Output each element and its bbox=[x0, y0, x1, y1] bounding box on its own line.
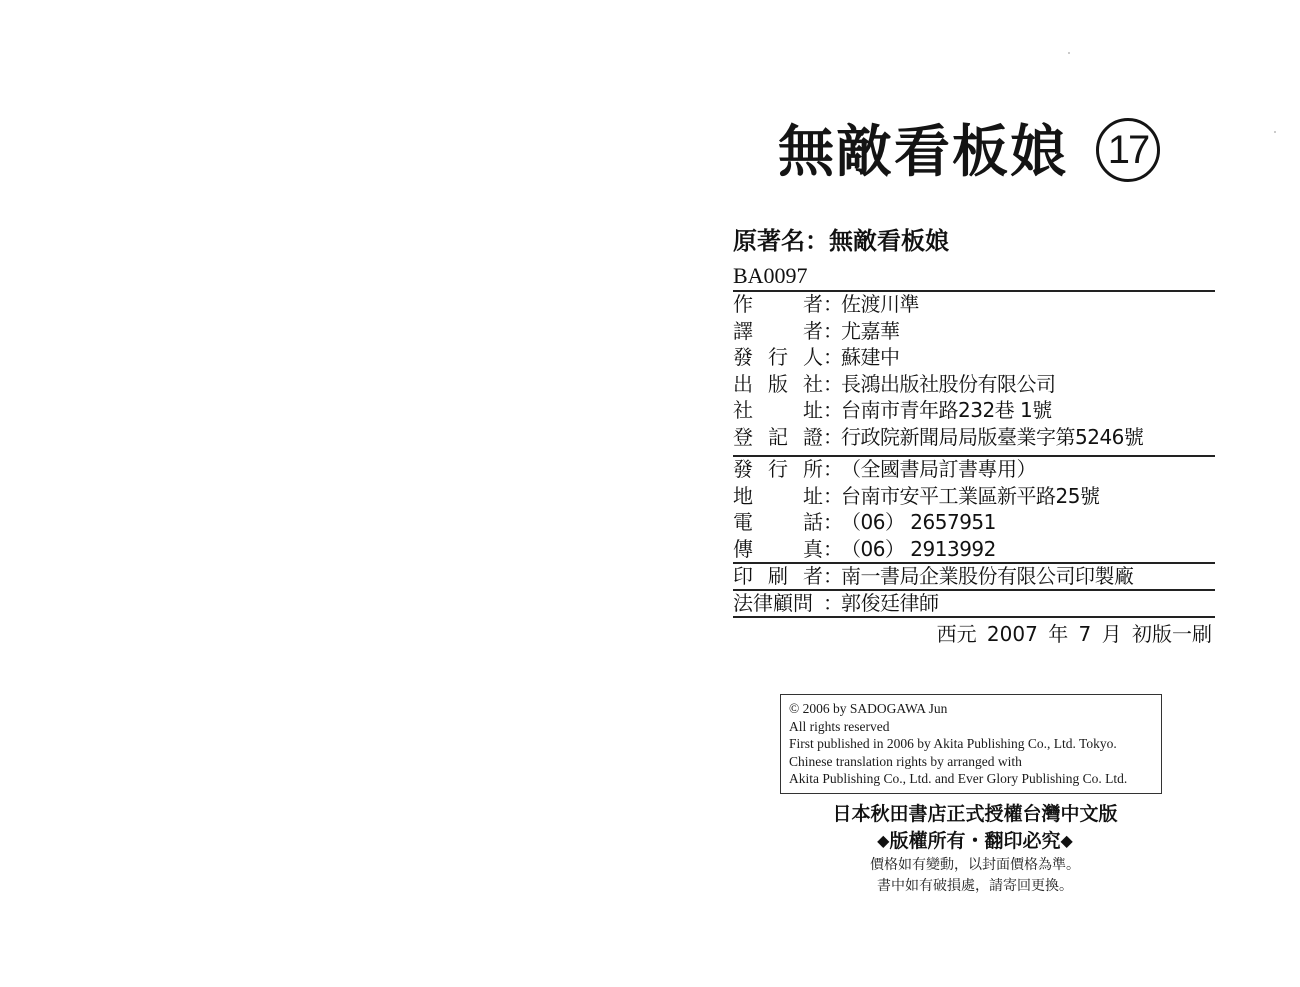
distribution-info-list: 發行所：（全國書局訂書專用）地址：台南市安平工業區新平路25號電話：（06） 2… bbox=[733, 456, 1215, 562]
info-row: 傳真：（06） 2913992 bbox=[733, 536, 1215, 563]
info-label-char: 話 bbox=[803, 509, 823, 536]
copyright-line: Chinese translation rights by arranged w… bbox=[789, 753, 1161, 771]
info-label: 發行所 bbox=[733, 456, 823, 483]
info-value: （全國書局訂書專用） bbox=[841, 456, 1215, 483]
info-label-char: 作 bbox=[733, 291, 753, 318]
info-label-char: 地 bbox=[733, 483, 753, 510]
info-row: 出版社：長鴻出版社股份有限公司 bbox=[733, 371, 1215, 398]
info-label-char: 真 bbox=[803, 536, 823, 563]
info-colon: ： bbox=[823, 509, 841, 536]
info-label-char: 址 bbox=[803, 483, 823, 510]
info-label-char: 行 bbox=[768, 456, 788, 483]
copyright-line: First published in 2006 by Akita Publish… bbox=[789, 735, 1161, 753]
info-label-char: 社 bbox=[803, 371, 823, 398]
info-label: 發行人 bbox=[733, 344, 823, 371]
info-label-char: 出 bbox=[733, 371, 753, 398]
info-value: 長鴻出版社股份有限公司 bbox=[841, 371, 1215, 398]
info-label-char: 發 bbox=[733, 456, 753, 483]
info-label-char: 者 bbox=[803, 563, 823, 590]
info-label-char: 傳 bbox=[733, 536, 753, 563]
copyright-line: All rights reserved bbox=[789, 718, 1161, 736]
info-colon: ： bbox=[823, 563, 841, 590]
info-label: 社址 bbox=[733, 397, 823, 424]
info-label-char: 法律顧問 bbox=[733, 590, 813, 617]
volume-number-badge: 17 bbox=[1096, 118, 1160, 182]
info-label-char: 行 bbox=[768, 344, 788, 371]
info-label-char: 版 bbox=[768, 371, 788, 398]
info-label-char: 登 bbox=[733, 424, 753, 451]
scan-speck bbox=[1068, 52, 1070, 54]
info-label-char: 社 bbox=[733, 397, 753, 424]
info-label-char: 者 bbox=[803, 318, 823, 345]
diamond-ornament-icon: ◆ bbox=[1061, 827, 1073, 855]
info-colon: ： bbox=[823, 424, 841, 451]
info-label-char: 記 bbox=[768, 424, 788, 451]
info-label: 印刷者 bbox=[733, 563, 823, 590]
edition-date: 西元 2007 年 7 月 初版一刷 bbox=[937, 620, 1212, 648]
info-label-char: 譯 bbox=[733, 318, 753, 345]
info-row: 作者：佐渡川準 bbox=[733, 291, 1215, 318]
info-label: 傳真 bbox=[733, 536, 823, 563]
price-change-note: 價格如有變動，以封面價格為準。 bbox=[790, 855, 1160, 875]
info-row: 社址：台南市青年路232巷 1號 bbox=[733, 397, 1215, 424]
info-value: 南一書局企業股份有限公司印製廠 bbox=[841, 563, 1215, 590]
info-value: 尤嘉華 bbox=[841, 318, 1215, 345]
info-colon: ： bbox=[823, 536, 841, 563]
info-colon: ： bbox=[823, 397, 841, 424]
info-label-char: 刷 bbox=[768, 563, 788, 590]
info-value: （06） 2913992 bbox=[841, 536, 1215, 563]
info-label: 譯者 bbox=[733, 318, 823, 345]
info-colon: ： bbox=[823, 456, 841, 483]
info-label: 電話 bbox=[733, 509, 823, 536]
info-row: 印刷者：南一書局企業股份有限公司印製廠 bbox=[733, 563, 1215, 590]
info-colon: ： bbox=[823, 344, 841, 371]
info-value: 蘇建中 bbox=[841, 344, 1215, 371]
info-colon: ： bbox=[823, 371, 841, 398]
info-row: 電話：（06） 2657951 bbox=[733, 509, 1215, 536]
info-value: （06） 2657951 bbox=[841, 509, 1215, 536]
info-colon: ： bbox=[823, 318, 841, 345]
info-label: 地址 bbox=[733, 483, 823, 510]
info-value: 佐渡川準 bbox=[841, 291, 1215, 318]
legal-counsel-info: 法律顧問：郭俊廷律師 bbox=[733, 590, 1215, 617]
diamond-ornament-icon: ◆ bbox=[877, 827, 889, 855]
info-label-char: 發 bbox=[733, 344, 753, 371]
info-value: 行政院新聞局局版臺業字第5246號 bbox=[841, 424, 1215, 451]
copyright-line: © 2006 by SADOGAWA Jun bbox=[789, 700, 1161, 718]
book-title: 無敵看板娘17 bbox=[778, 118, 1160, 188]
info-label: 作者 bbox=[733, 291, 823, 318]
colophon-page: 無敵看板娘17 原著名：無敵看板娘 BA0097 作者：佐渡川準譯者：尤嘉華發行… bbox=[0, 0, 1300, 987]
info-row: 譯者：尤嘉華 bbox=[733, 318, 1215, 345]
damage-return-note: 書中如有破損處，請寄回更換。 bbox=[790, 876, 1160, 896]
catalog-code: BA0097 bbox=[733, 262, 808, 290]
printer-info: 印刷者：南一書局企業股份有限公司印製廠 bbox=[733, 563, 1215, 590]
publishing-info-list: 作者：佐渡川準譯者：尤嘉華發行人：蘇建中出版社：長鴻出版社股份有限公司社址：台南… bbox=[733, 291, 1215, 450]
info-row: 法律顧問：郭俊廷律師 bbox=[733, 590, 1215, 617]
rights-notice-text: 版權所有・翻印必究 bbox=[889, 830, 1060, 852]
info-row: 發行人：蘇建中 bbox=[733, 344, 1215, 371]
info-label-char: 人 bbox=[803, 344, 823, 371]
authorization-notice: 日本秋田書店正式授權台灣中文版 bbox=[790, 800, 1160, 828]
info-row: 地址：台南市安平工業區新平路25號 bbox=[733, 483, 1215, 510]
divider bbox=[733, 616, 1215, 618]
info-value: 台南市青年路232巷 1號 bbox=[841, 397, 1215, 424]
info-row: 登記證：行政院新聞局局版臺業字第5246號 bbox=[733, 424, 1215, 451]
copyright-box: © 2006 by SADOGAWA Jun All rights reserv… bbox=[780, 694, 1162, 794]
scan-speck bbox=[1274, 131, 1276, 133]
info-colon: ： bbox=[823, 590, 841, 617]
info-label: 登記證 bbox=[733, 424, 823, 451]
info-colon: ： bbox=[823, 291, 841, 318]
info-label-char: 者 bbox=[803, 291, 823, 318]
rights-notice: ◆版權所有・翻印必究◆ bbox=[790, 827, 1160, 855]
info-value: 台南市安平工業區新平路25號 bbox=[841, 483, 1215, 510]
info-label-char: 所 bbox=[803, 456, 823, 483]
info-label: 法律顧問 bbox=[733, 590, 823, 617]
info-row: 發行所：（全國書局訂書專用） bbox=[733, 456, 1215, 483]
info-label-char: 證 bbox=[803, 424, 823, 451]
info-label: 出版社 bbox=[733, 371, 823, 398]
info-colon: ： bbox=[823, 483, 841, 510]
info-label-char: 電 bbox=[733, 509, 753, 536]
info-value: 郭俊廷律師 bbox=[841, 590, 1215, 617]
info-label-char: 印 bbox=[733, 563, 753, 590]
original-title: 原著名：無敵看板娘 bbox=[733, 224, 949, 258]
copyright-line: Akita Publishing Co., Ltd. and Ever Glor… bbox=[789, 770, 1161, 788]
info-label-char: 址 bbox=[803, 397, 823, 424]
book-title-text: 無敵看板娘 bbox=[778, 120, 1068, 185]
